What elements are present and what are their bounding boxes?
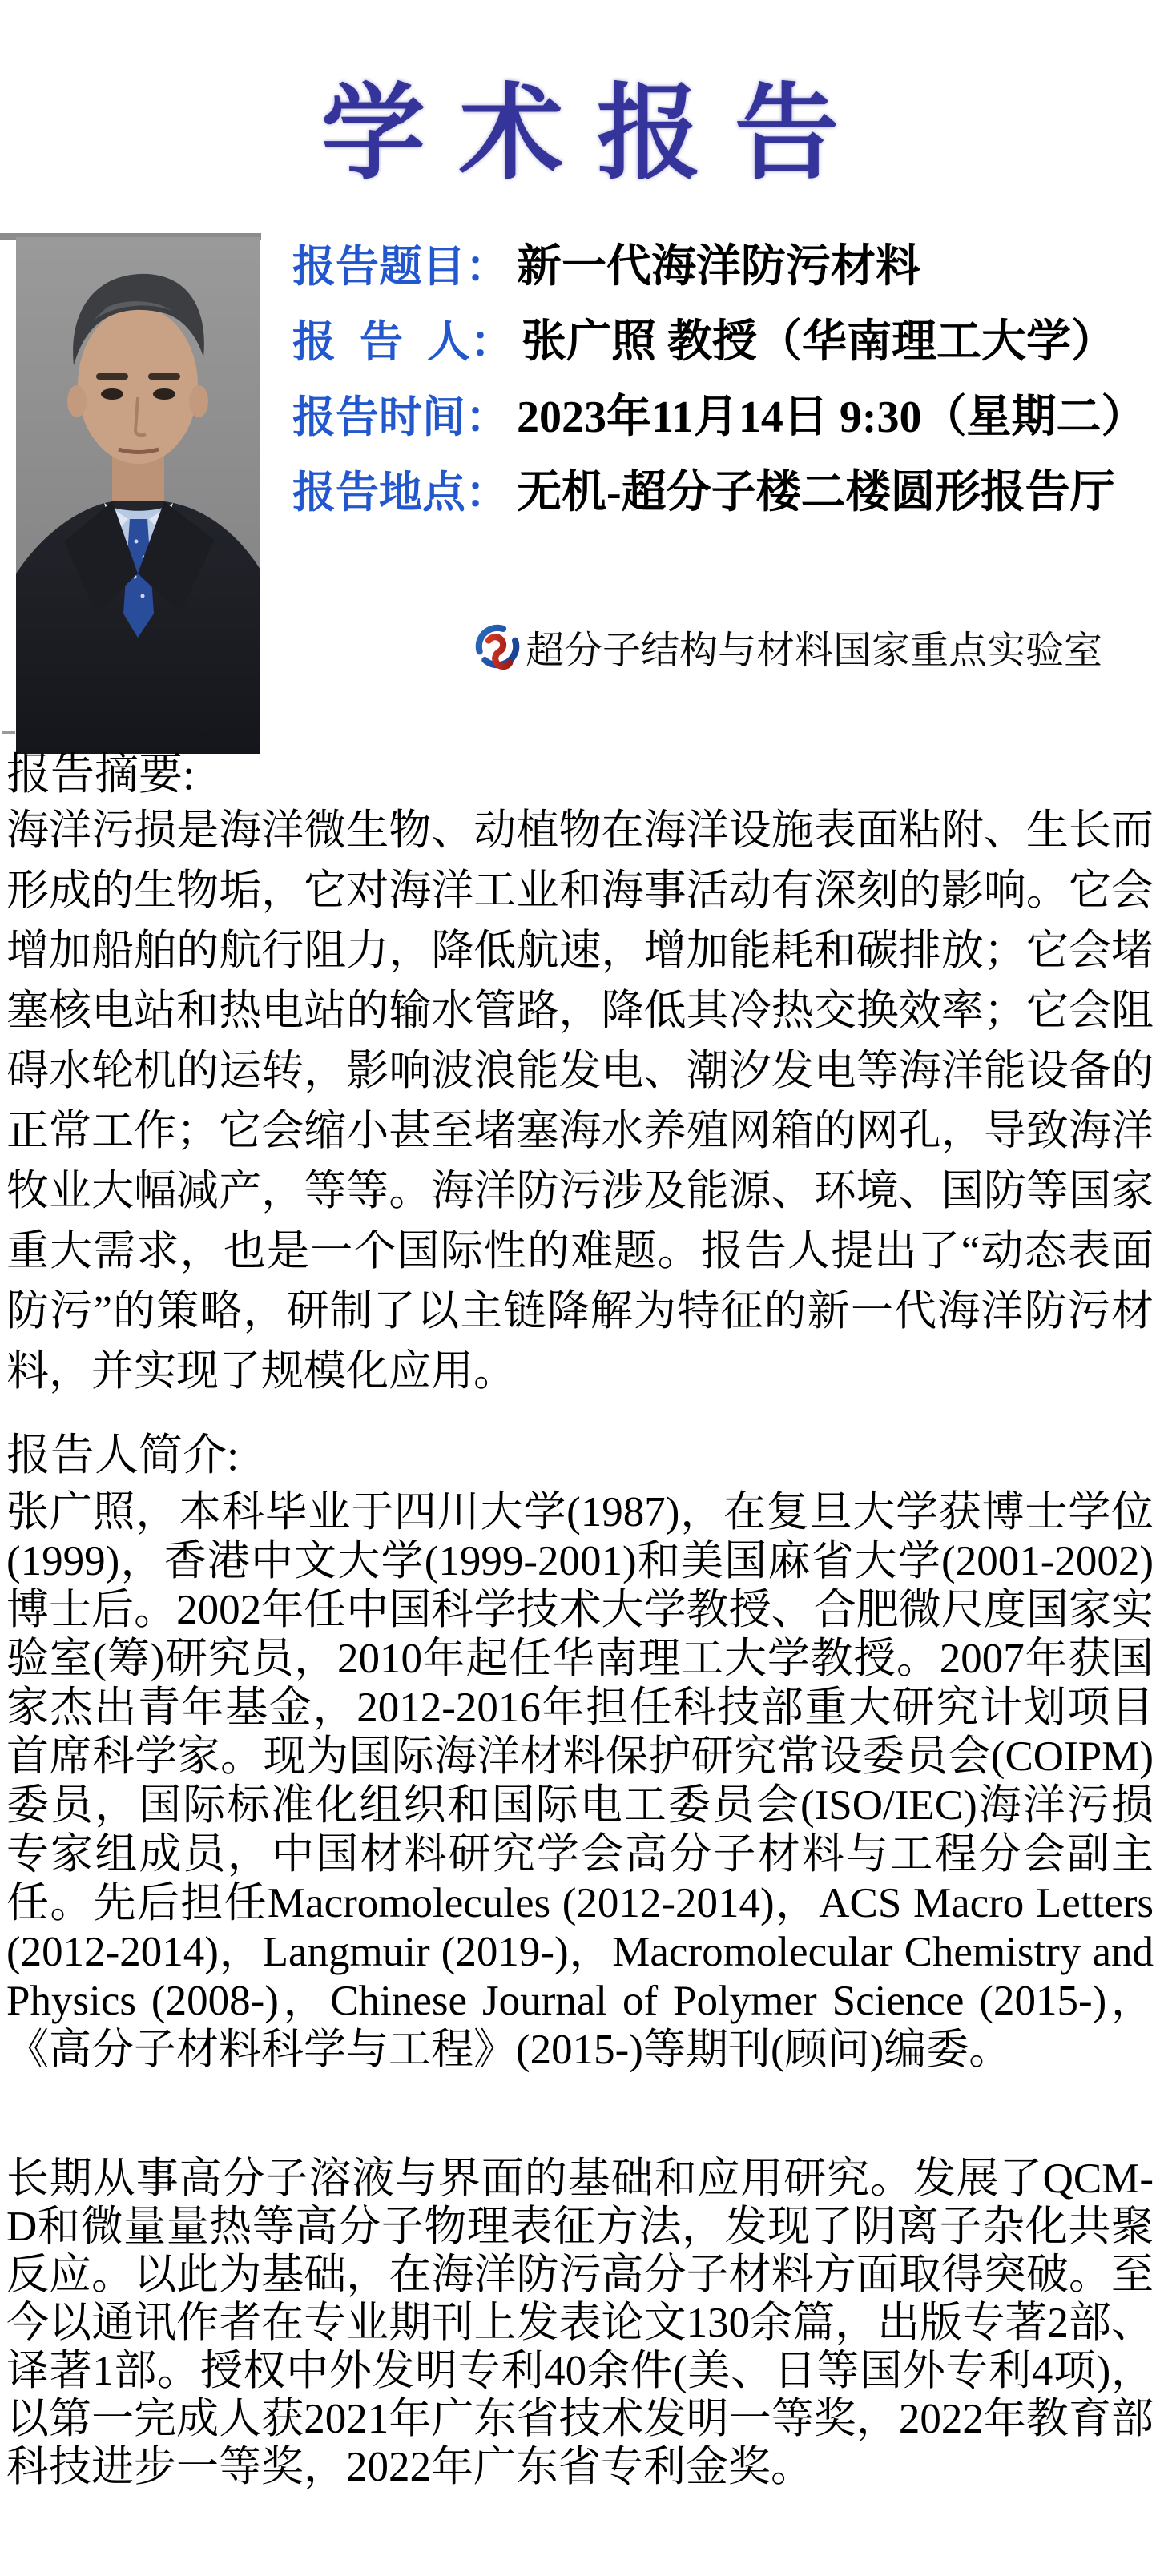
topic-value: 新一代海洋防污材料 (517, 244, 920, 290)
lab-name: 超分子结构与材料国家重点实验室 (526, 619, 1102, 674)
speaker-portrait-illustration (16, 237, 260, 754)
abstract-body: 海洋污损是海洋微生物、动植物在海洋设施表面粘附、生长而形成的生物垢，它对海洋工业… (6, 801, 1154, 1402)
speaker-label: 报 告 人： (292, 319, 514, 365)
margin-dash (2, 731, 15, 734)
info-row-speaker: 报 告 人： 张广照 教授（华南理工大学） (292, 319, 1150, 365)
lab-signature: 超分子结构与材料国家重点实验室 (474, 618, 1102, 674)
seminar-announcement-page: { "page": { "title": "学术报告", "title_colo… (0, 0, 1160, 2576)
speaker-photo (16, 237, 260, 754)
page-title: 学术报告 (0, 50, 1160, 199)
info-row-topic: 报告题目： 新一代海洋防污材料 (292, 244, 1150, 290)
info-row-location: 报告地点： 无机-超分子楼二楼圆形报告厅 (292, 469, 1150, 516)
speaker-value: 张广照 教授（华南理工大学） (522, 319, 1116, 365)
seminar-info: 报告题目： 新一代海洋防污材料 报 告 人： 张广照 教授（华南理工大学） 报告… (292, 244, 1150, 516)
location-label: 报告地点： (292, 469, 509, 516)
bio-heading: 报告人简介: (6, 1429, 239, 1482)
achievements-body: 长期从事高分子溶液与界面的基础和应用研究。发展了QCM-D和微量量热等高分子物理… (6, 2155, 1154, 2491)
bio-body: 张广照，本科毕业于四川大学(1987)，在复旦大学获博士学位(1999)，香港中… (6, 1488, 1154, 2075)
abstract-heading: 报告摘要: (6, 748, 195, 801)
topic-label: 报告题目： (292, 244, 509, 290)
location-value: 无机-超分子楼二楼圆形报告厅 (517, 469, 1115, 516)
time-value: 2023年11月14日 9:30（星期二） (517, 394, 1146, 441)
info-row-time: 报告时间： 2023年11月14日 9:30（星期二） (292, 394, 1150, 441)
time-label: 报告时间： (292, 394, 509, 441)
lab-logo-s-swirl-icon (474, 618, 521, 674)
